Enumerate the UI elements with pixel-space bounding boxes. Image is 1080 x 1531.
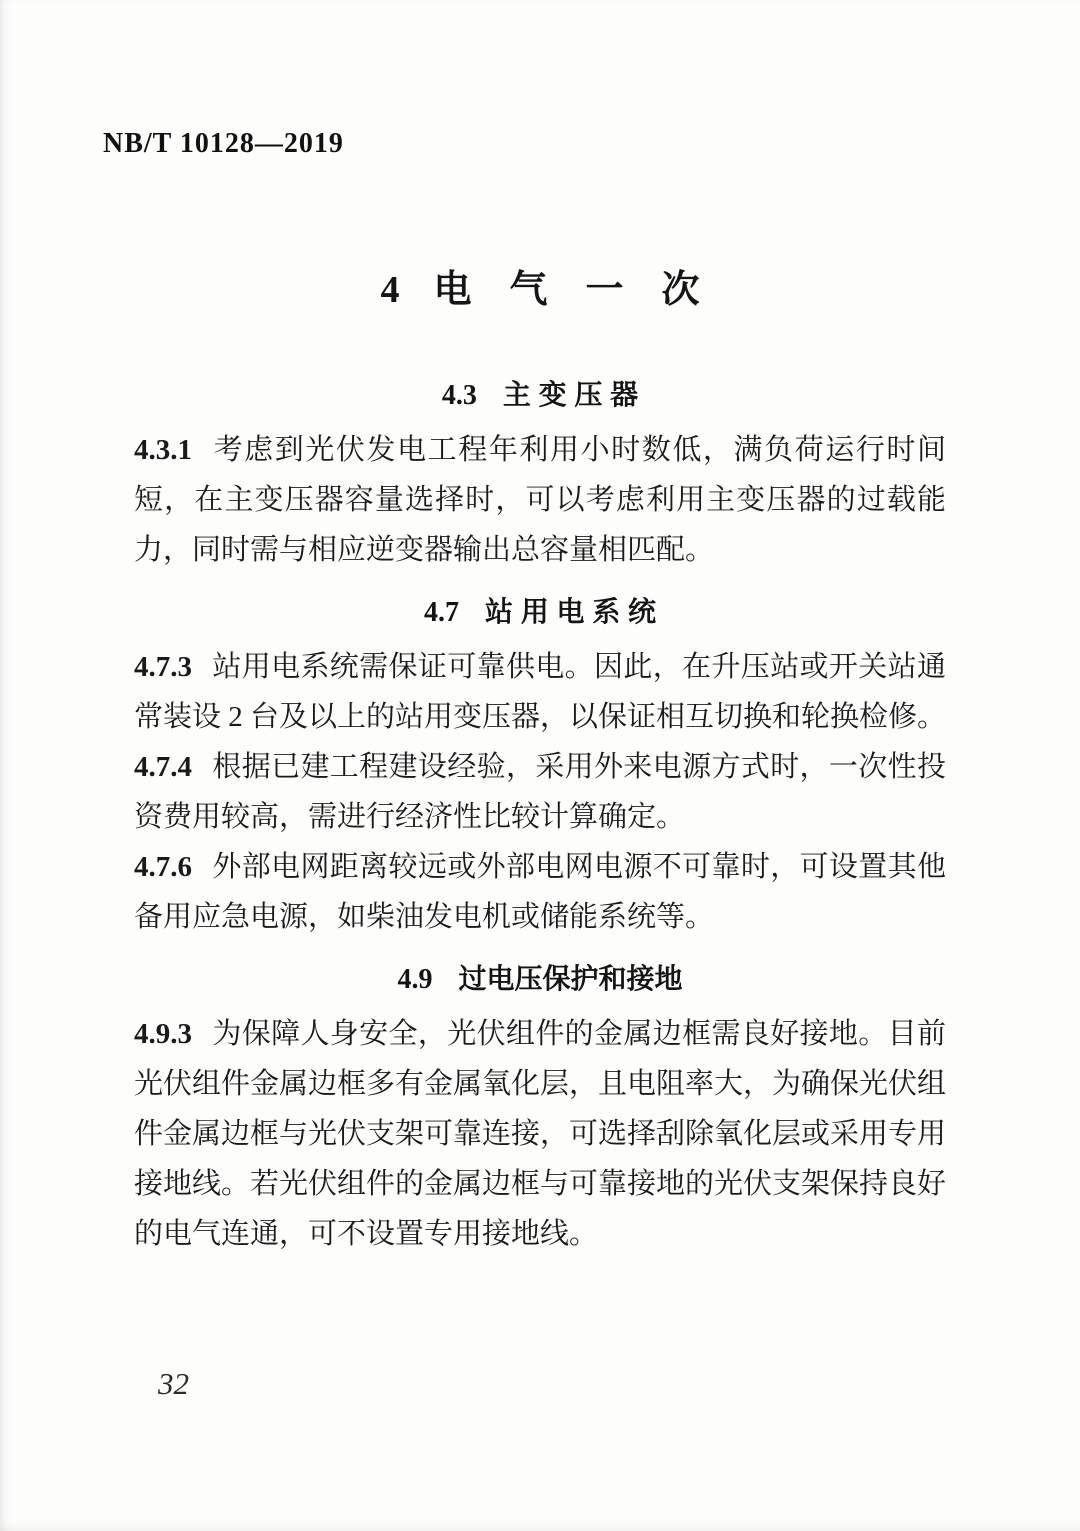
section-title: 过电压保护和接地: [458, 963, 682, 994]
clause-number: 4.9.3: [134, 1018, 192, 1050]
section-number: 4.9: [397, 964, 432, 995]
chapter-title-text: 电 气 一 次: [433, 269, 699, 311]
clause-4-7-4: 4.7.4根据已建工程建设经验，采用外来电源方式时，一次性投资费用较高，需进行经…: [134, 742, 946, 842]
clause-text: 站用电系统需保证可靠供电。因此，在升压站或开关站通常装设 2 台及以上的站用变压…: [134, 651, 946, 733]
section-heading-4-3: 4.3主 变 压 器: [134, 376, 946, 415]
clause-4-9-3: 4.9.3为保障人身安全，光伏组件的金属边框需良好接地。目前光伏组件金属边框多有…: [134, 1009, 946, 1259]
clause-number: 4.7.6: [134, 851, 192, 883]
document-code: NB/T 10128—2019: [103, 128, 344, 160]
page-number: 32: [158, 1366, 189, 1402]
clause-number: 4.7.4: [134, 751, 192, 783]
document-page: NB/T 10128—2019 4电 气 一 次 4.3主 变 压 器 4.3.…: [0, 0, 1080, 1531]
document-body: 4.3主 变 压 器 4.3.1考虑到光伏发电工程年利用小时数低，满负荷运行时间…: [134, 376, 946, 1259]
chapter-number: 4: [380, 269, 399, 311]
clause-text: 外部电网距离较远或外部电网电源不可靠时，可设置其他备用应急电源，如柴油发电机或储…: [134, 851, 946, 933]
section-heading-4-9: 4.9过电压保护和接地: [134, 960, 946, 999]
section-number: 4.7: [424, 597, 459, 628]
clause-text: 考虑到光伏发电工程年利用小时数低，满负荷运行时间短，在主变压器容量选择时，可以考…: [134, 434, 946, 566]
clause-4-7-6: 4.7.6外部电网距离较远或外部电网电源不可靠时，可设置其他备用应急电源，如柴油…: [134, 842, 946, 942]
clause-number: 4.7.3: [134, 651, 192, 683]
section-title: 主 变 压 器: [503, 379, 638, 410]
clause-4-7-3: 4.7.3站用电系统需保证可靠供电。因此，在升压站或开关站通常装设 2 台及以上…: [134, 642, 946, 742]
clause-4-3-1: 4.3.1考虑到光伏发电工程年利用小时数低，满负荷运行时间短，在主变压器容量选择…: [134, 425, 946, 575]
section-heading-4-7: 4.7站 用 电 系 统: [134, 593, 946, 632]
section-number: 4.3: [442, 380, 477, 411]
clause-text: 为保障人身安全，光伏组件的金属边框需良好接地。目前光伏组件金属边框多有金属氧化层…: [134, 1018, 946, 1250]
clause-text: 根据已建工程建设经验，采用外来电源方式时，一次性投资费用较高，需进行经济性比较计…: [134, 751, 946, 833]
section-title: 站 用 电 系 统: [485, 596, 656, 627]
chapter-title: 4电 气 一 次: [0, 258, 1080, 313]
clause-number: 4.3.1: [134, 434, 192, 466]
